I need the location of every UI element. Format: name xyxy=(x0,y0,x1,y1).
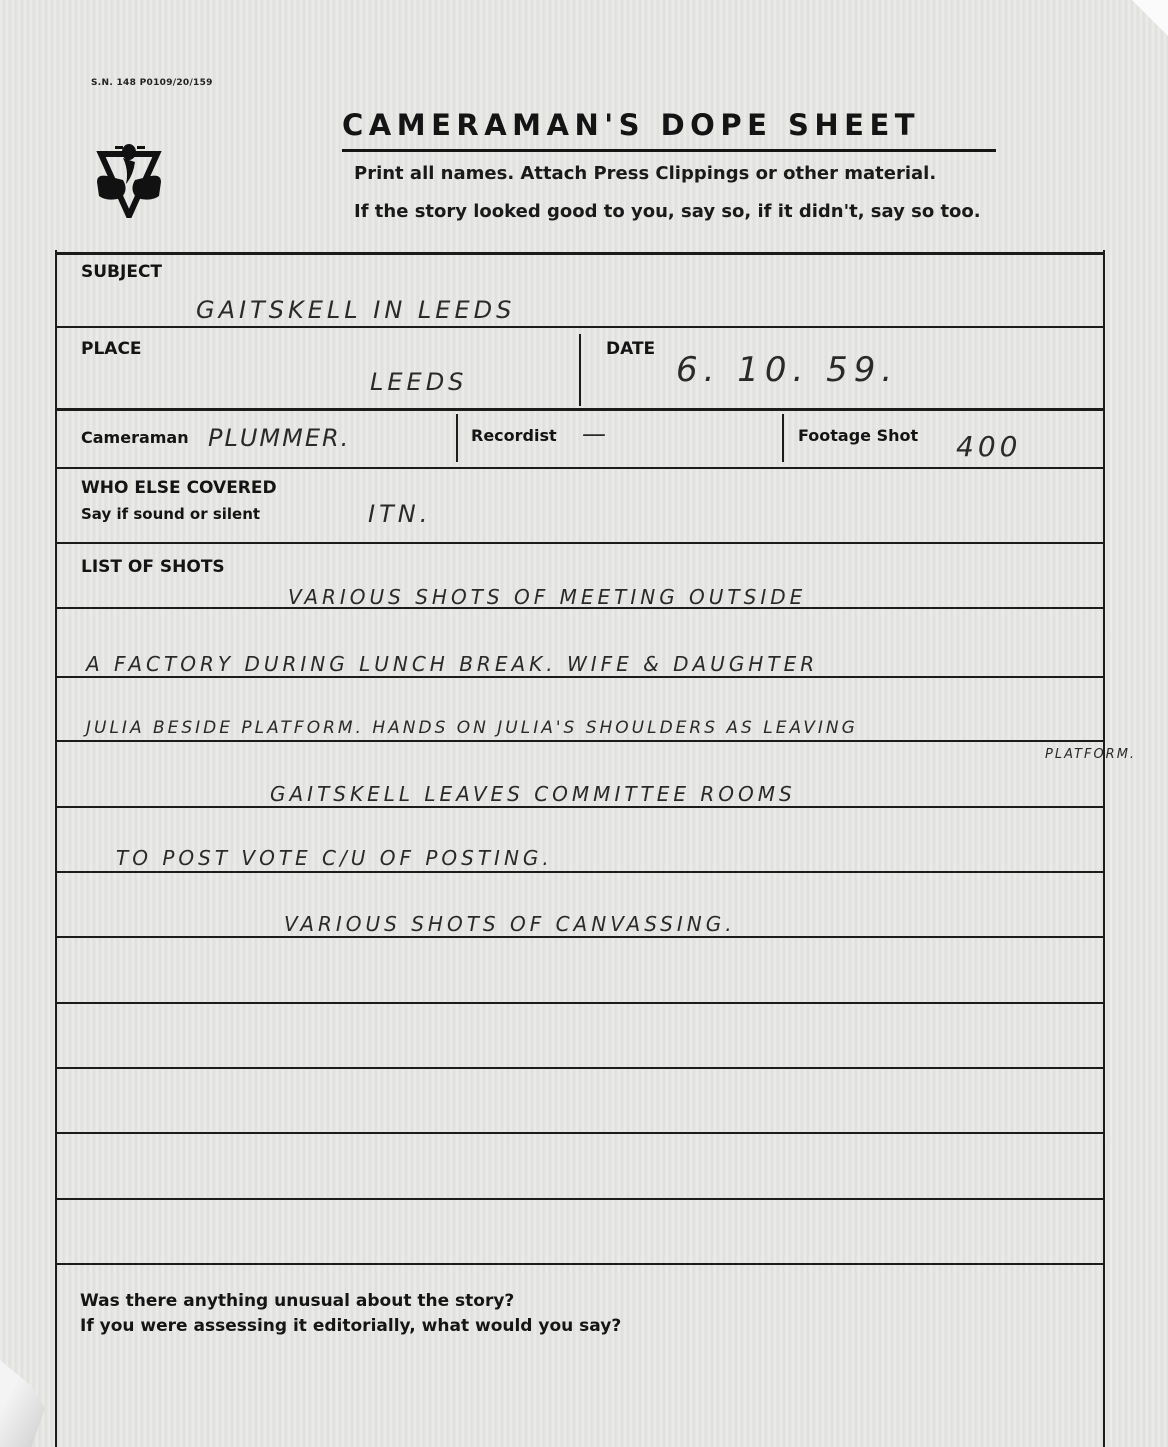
list-of-shots-label: LIST OF SHOTS xyxy=(81,557,225,577)
rule-place-date xyxy=(55,408,1103,411)
cameraman-emblem-icon xyxy=(93,140,165,218)
rule-crew xyxy=(55,467,1103,469)
shot-rule-7 xyxy=(55,1002,1103,1004)
assessment-question-2: If you were assessing it editorially, wh… xyxy=(80,1316,621,1336)
shot-line[interactable]: TO POST VOTE C/U OF POSTING. xyxy=(116,846,553,870)
shot-line[interactable]: JULIA BESIDE PLATFORM. HANDS ON JULIA'S … xyxy=(86,718,858,738)
cameraman-field[interactable]: PLUMMER. xyxy=(208,424,350,452)
subject-label: SUBJECT xyxy=(81,262,162,282)
date-label: DATE xyxy=(606,339,655,359)
rule-who-else xyxy=(55,542,1103,544)
footage-shot-label: Footage Shot xyxy=(798,426,918,445)
shot-rule-6 xyxy=(55,936,1103,938)
divider-place-date xyxy=(579,334,581,406)
shot-line[interactable]: VARIOUS SHOTS OF CANVASSING. xyxy=(284,912,736,936)
place-label: PLACE xyxy=(81,339,142,359)
shot-line[interactable]: PLATFORM. xyxy=(1045,747,1136,762)
form-top-rule xyxy=(55,252,1103,255)
shot-line[interactable]: GAITSKELL LEAVES COMMITTEE ROOMS xyxy=(270,782,796,806)
shot-rule-3 xyxy=(55,740,1103,742)
title-underline xyxy=(342,149,996,152)
shot-rule-11 xyxy=(55,1263,1103,1265)
folded-corner xyxy=(1132,0,1168,36)
divider-recordist-footage xyxy=(782,414,784,462)
instruction-line-2: If the story looked good to you, say so,… xyxy=(354,201,981,222)
who-else-covered-label: WHO ELSE COVERED xyxy=(81,478,277,498)
form-title: CAMERAMAN'S DOPE SHEET xyxy=(342,108,920,142)
date-field[interactable]: 6. 10. 59. xyxy=(676,350,898,390)
who-else-covered-sublabel: Say if sound or silent xyxy=(81,505,260,523)
serial-number: S.N. 148 P0109/20/159 xyxy=(91,78,213,88)
rule-subject xyxy=(55,326,1103,328)
shot-rule-4 xyxy=(55,806,1103,808)
subject-field[interactable]: GAITSKELL IN LEEDS xyxy=(196,296,515,324)
assessment-question-1: Was there anything unusual about the sto… xyxy=(80,1291,514,1311)
shot-rule-5 xyxy=(55,871,1103,873)
instruction-line-1: Print all names. Attach Press Clippings … xyxy=(354,163,936,184)
footage-shot-field[interactable]: 400 xyxy=(956,430,1021,463)
shot-rule-8 xyxy=(55,1067,1103,1069)
cameraman-label: Cameraman xyxy=(81,428,189,447)
recordist-field[interactable]: — xyxy=(582,420,610,448)
place-field[interactable]: LEEDS xyxy=(370,368,467,396)
shot-rule-9 xyxy=(55,1132,1103,1134)
page-curl xyxy=(0,1360,45,1447)
who-else-covered-field[interactable]: ITN. xyxy=(368,500,431,528)
shot-line[interactable]: A FACTORY DURING LUNCH BREAK. WIFE & DAU… xyxy=(86,652,818,676)
shot-rule-10 xyxy=(55,1198,1103,1200)
shot-line[interactable]: VARIOUS SHOTS OF MEETING OUTSIDE xyxy=(288,585,806,609)
shot-rule-2 xyxy=(55,676,1103,678)
recordist-label: Recordist xyxy=(471,426,557,445)
divider-cameraman-recordist xyxy=(456,414,458,462)
